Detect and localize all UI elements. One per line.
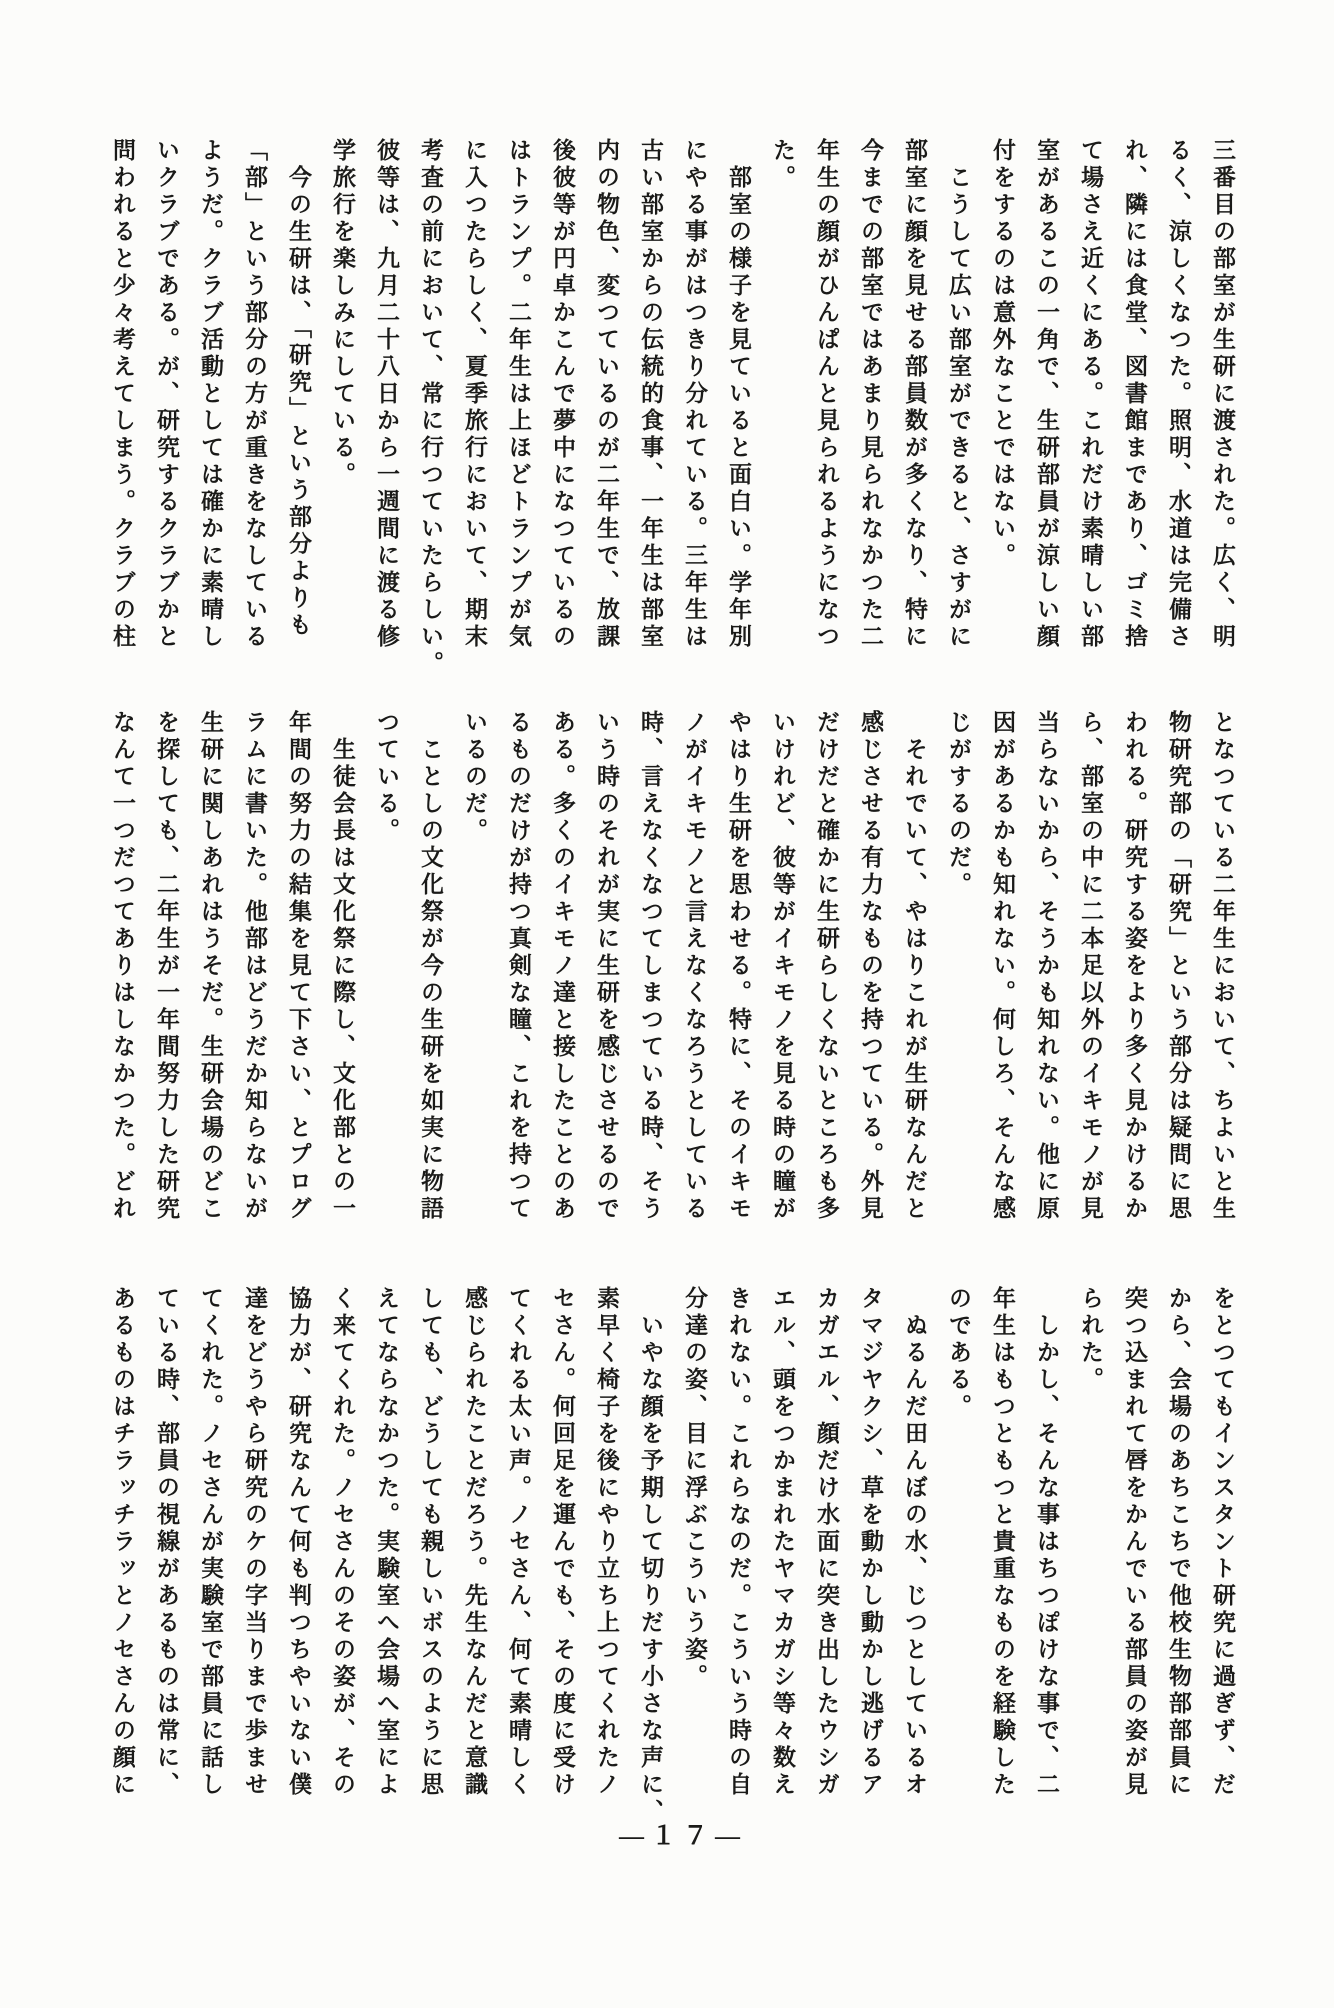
text-column: やはり生研を思わせる。特に、そのイキモ bbox=[727, 710, 750, 1262]
text-column: ら、部室の中に二本足以外のイキモノが見 bbox=[1079, 710, 1102, 1262]
text-column: だけだと確かに生研らしくないところも多 bbox=[815, 710, 838, 1262]
text-column: 生研に関しあれはうそだ。生研会場のどこ bbox=[199, 710, 222, 1262]
text-column: 内の物色、変つているのが二年生で、放課 bbox=[595, 138, 618, 690]
text-column: をとつてもインスタント研究に過ぎず、だ bbox=[1211, 1286, 1234, 1838]
text-column: に入つたらしく、夏季旅行において、期末 bbox=[463, 138, 486, 690]
text-column: ある。多くのイキモノ達と接したことのあ bbox=[551, 710, 574, 1262]
text-column: 問われると少々考えてしまう。クラブの柱 bbox=[111, 138, 134, 690]
text-column: いやな顔を予期して切りだす小さな声に、 bbox=[639, 1286, 662, 1838]
text-column: ようだ。クラブ活動としては確かに素晴し bbox=[199, 138, 222, 690]
text-column: 「部」という部分の方が重きをなしている bbox=[243, 138, 266, 690]
text-column: ラムに書いた。他部はどうだか知らないが bbox=[243, 710, 266, 1262]
text-column: 感じられたことだろう。先生なんだと意識 bbox=[463, 1286, 486, 1838]
text-column: 付をするのは意外なことではない。 bbox=[991, 138, 1014, 690]
text-column: いう時のそれが実に生研を感じさせるので bbox=[595, 710, 618, 1262]
text-band-top: 三番目の部室が生研に渡された。広く、明るく、涼しくなつた。照明、水道は完備され、… bbox=[102, 138, 1234, 690]
text-column: 分達の姿、目に浮ぶこういう姿。 bbox=[683, 1286, 706, 1838]
text-column: た。 bbox=[771, 138, 794, 690]
text-column: 物研究部の「研究」という部分は疑問に思 bbox=[1167, 710, 1190, 1262]
text-column: ノがイキモノと言えなくなろうとしている bbox=[683, 710, 706, 1262]
text-column: しかし、そんな事はちつぽけな事で、二 bbox=[1035, 1286, 1058, 1838]
text-column: 年生の顔がひんぱんと見られるようになつ bbox=[815, 138, 838, 690]
text-column: カガエル、顔だけ水面に突き出したウシガ bbox=[815, 1286, 838, 1838]
text-column: るものだけが持つ真剣な瞳、これを持つて bbox=[507, 710, 530, 1262]
text-column: を探しても、二年生が一年間努力した研究 bbox=[155, 710, 178, 1262]
text-column: てくれた。ノセさんが実験室で部員に話し bbox=[199, 1286, 222, 1838]
text-column: るく、涼しくなつた。照明、水道は完備さ bbox=[1167, 138, 1190, 690]
text-column: いるのだ。 bbox=[463, 710, 486, 1262]
text-column: 後彼等が円卓かこんで夢中になつているの bbox=[551, 138, 574, 690]
text-column: 時、言えなくなつてしまつている時、そう bbox=[639, 710, 662, 1262]
text-column: 考査の前において、常に行つていたらしい。 bbox=[419, 138, 442, 690]
text-column: となつている二年生において、ちよいと生 bbox=[1211, 710, 1234, 1262]
page-number: —１７— bbox=[613, 1816, 753, 1852]
text-column: にやる事がはつきり分れている。三年生は bbox=[683, 138, 706, 690]
text-column: て場さえ近くにある。これだけ素晴しい部 bbox=[1079, 138, 1102, 690]
text-column: きれない。これらなのだ。こういう時の自 bbox=[727, 1286, 750, 1838]
text-column: はトランプ。二年生は上ほどトランプが気 bbox=[507, 138, 530, 690]
text-column: セさん。何回足を運んでも、その度に受け bbox=[551, 1286, 574, 1838]
text-column: エル、頭をつかまれたヤマカガシ等々数え bbox=[771, 1286, 794, 1838]
scanned-page: 三番目の部室が生研に渡された。広く、明るく、涼しくなつた。照明、水道は完備され、… bbox=[0, 0, 1334, 2008]
text-column: ことしの文化祭が今の生研を如実に物語 bbox=[419, 710, 442, 1262]
text-column: こうして広い部室ができると、さすがに bbox=[947, 138, 970, 690]
text-column: 年生はもつともつと貴重なものを経験した bbox=[991, 1286, 1014, 1838]
text-column: 年間の努力の結集を見て下さい、とプログ bbox=[287, 710, 310, 1262]
text-column: れ、隣には食堂、図書館まであり、ゴミ捨 bbox=[1123, 138, 1146, 690]
text-column: つている。 bbox=[375, 710, 398, 1262]
text-column: 因があるかも知れない。何しろ、そんな感 bbox=[991, 710, 1014, 1262]
text-column: 室があるこの一角で、生研部員が涼しい顔 bbox=[1035, 138, 1058, 690]
text-column: 生徒会長は文化祭に際し、文化部との一 bbox=[331, 710, 354, 1262]
text-column: のである。 bbox=[947, 1286, 970, 1838]
text-column: われる。研究する姿をより多く見かけるか bbox=[1123, 710, 1146, 1262]
text-column: てくれる太い声。ノセさん、何て素晴しく bbox=[507, 1286, 530, 1838]
text-column: 今までの部室ではあまり見られなかつた二 bbox=[859, 138, 882, 690]
text-column: えてならなかつた。実験室へ会場へ室によ bbox=[375, 1286, 398, 1838]
text-column: なんて一つだつてありはしなかつた。どれ bbox=[111, 710, 134, 1262]
text-column: 彼等は、九月二十八日から一週間に渡る修 bbox=[375, 138, 398, 690]
text-column: あるものはチラッチラッとノセさんの顔に bbox=[111, 1286, 134, 1838]
text-column: から、会場のあちこちで他校生物部部員に bbox=[1167, 1286, 1190, 1838]
text-column: 達をどうやら研究のケの字当りまで歩ませ bbox=[243, 1286, 266, 1838]
text-column: いけれど、彼等がイキモノを見る時の瞳が bbox=[771, 710, 794, 1262]
text-column: タマジヤクシ、草を動かし動かし逃げるア bbox=[859, 1286, 882, 1838]
text-column: それでいて、やはりこれが生研なんだと bbox=[903, 710, 926, 1262]
text-band-bottom: をとつてもインスタント研究に過ぎず、だから、会場のあちこちで他校生物部部員に突つ… bbox=[102, 1286, 1234, 1838]
text-column: 当らないから、そうかも知れない。他に原 bbox=[1035, 710, 1058, 1262]
text-column: く来てくれた。ノセさんのその姿が、その bbox=[331, 1286, 354, 1838]
text-column: ている時、部員の視線があるものは常に、 bbox=[155, 1286, 178, 1838]
text-column: 部室の様子を見ていると面白い。学年別 bbox=[727, 138, 750, 690]
text-band-middle: となつている二年生において、ちよいと生物研究部の「研究」という部分は疑問に思われ… bbox=[102, 710, 1234, 1262]
text-column: 古い部室からの伝統的食事、一年生は部室 bbox=[639, 138, 662, 690]
text-column: 部室に顔を見せる部員数が多くなり、特に bbox=[903, 138, 926, 690]
text-column: しても、どうしても親しいボスのように思 bbox=[419, 1286, 442, 1838]
text-column: 学旅行を楽しみにしている。 bbox=[331, 138, 354, 690]
text-column: いクラブである。が、研究するクラブかと bbox=[155, 138, 178, 690]
text-column: 協力が、研究なんて何も判つちやいない僕 bbox=[287, 1286, 310, 1838]
text-column: 三番目の部室が生研に渡された。広く、明 bbox=[1211, 138, 1234, 690]
text-column: 突つ込まれて唇をかんでいる部員の姿が見 bbox=[1123, 1286, 1146, 1838]
text-column: ぬるんだ田んぼの水、じつとしているオ bbox=[903, 1286, 926, 1838]
text-column: 素早く椅子を後にやり立ち上つてくれたノ bbox=[595, 1286, 618, 1838]
text-column: 感じさせる有力なものを持つている。外見 bbox=[859, 710, 882, 1262]
text-column: られた。 bbox=[1079, 1286, 1102, 1838]
text-column: 今の生研は、「研究」という部分よりも bbox=[287, 138, 310, 690]
text-column: じがするのだ。 bbox=[947, 710, 970, 1262]
